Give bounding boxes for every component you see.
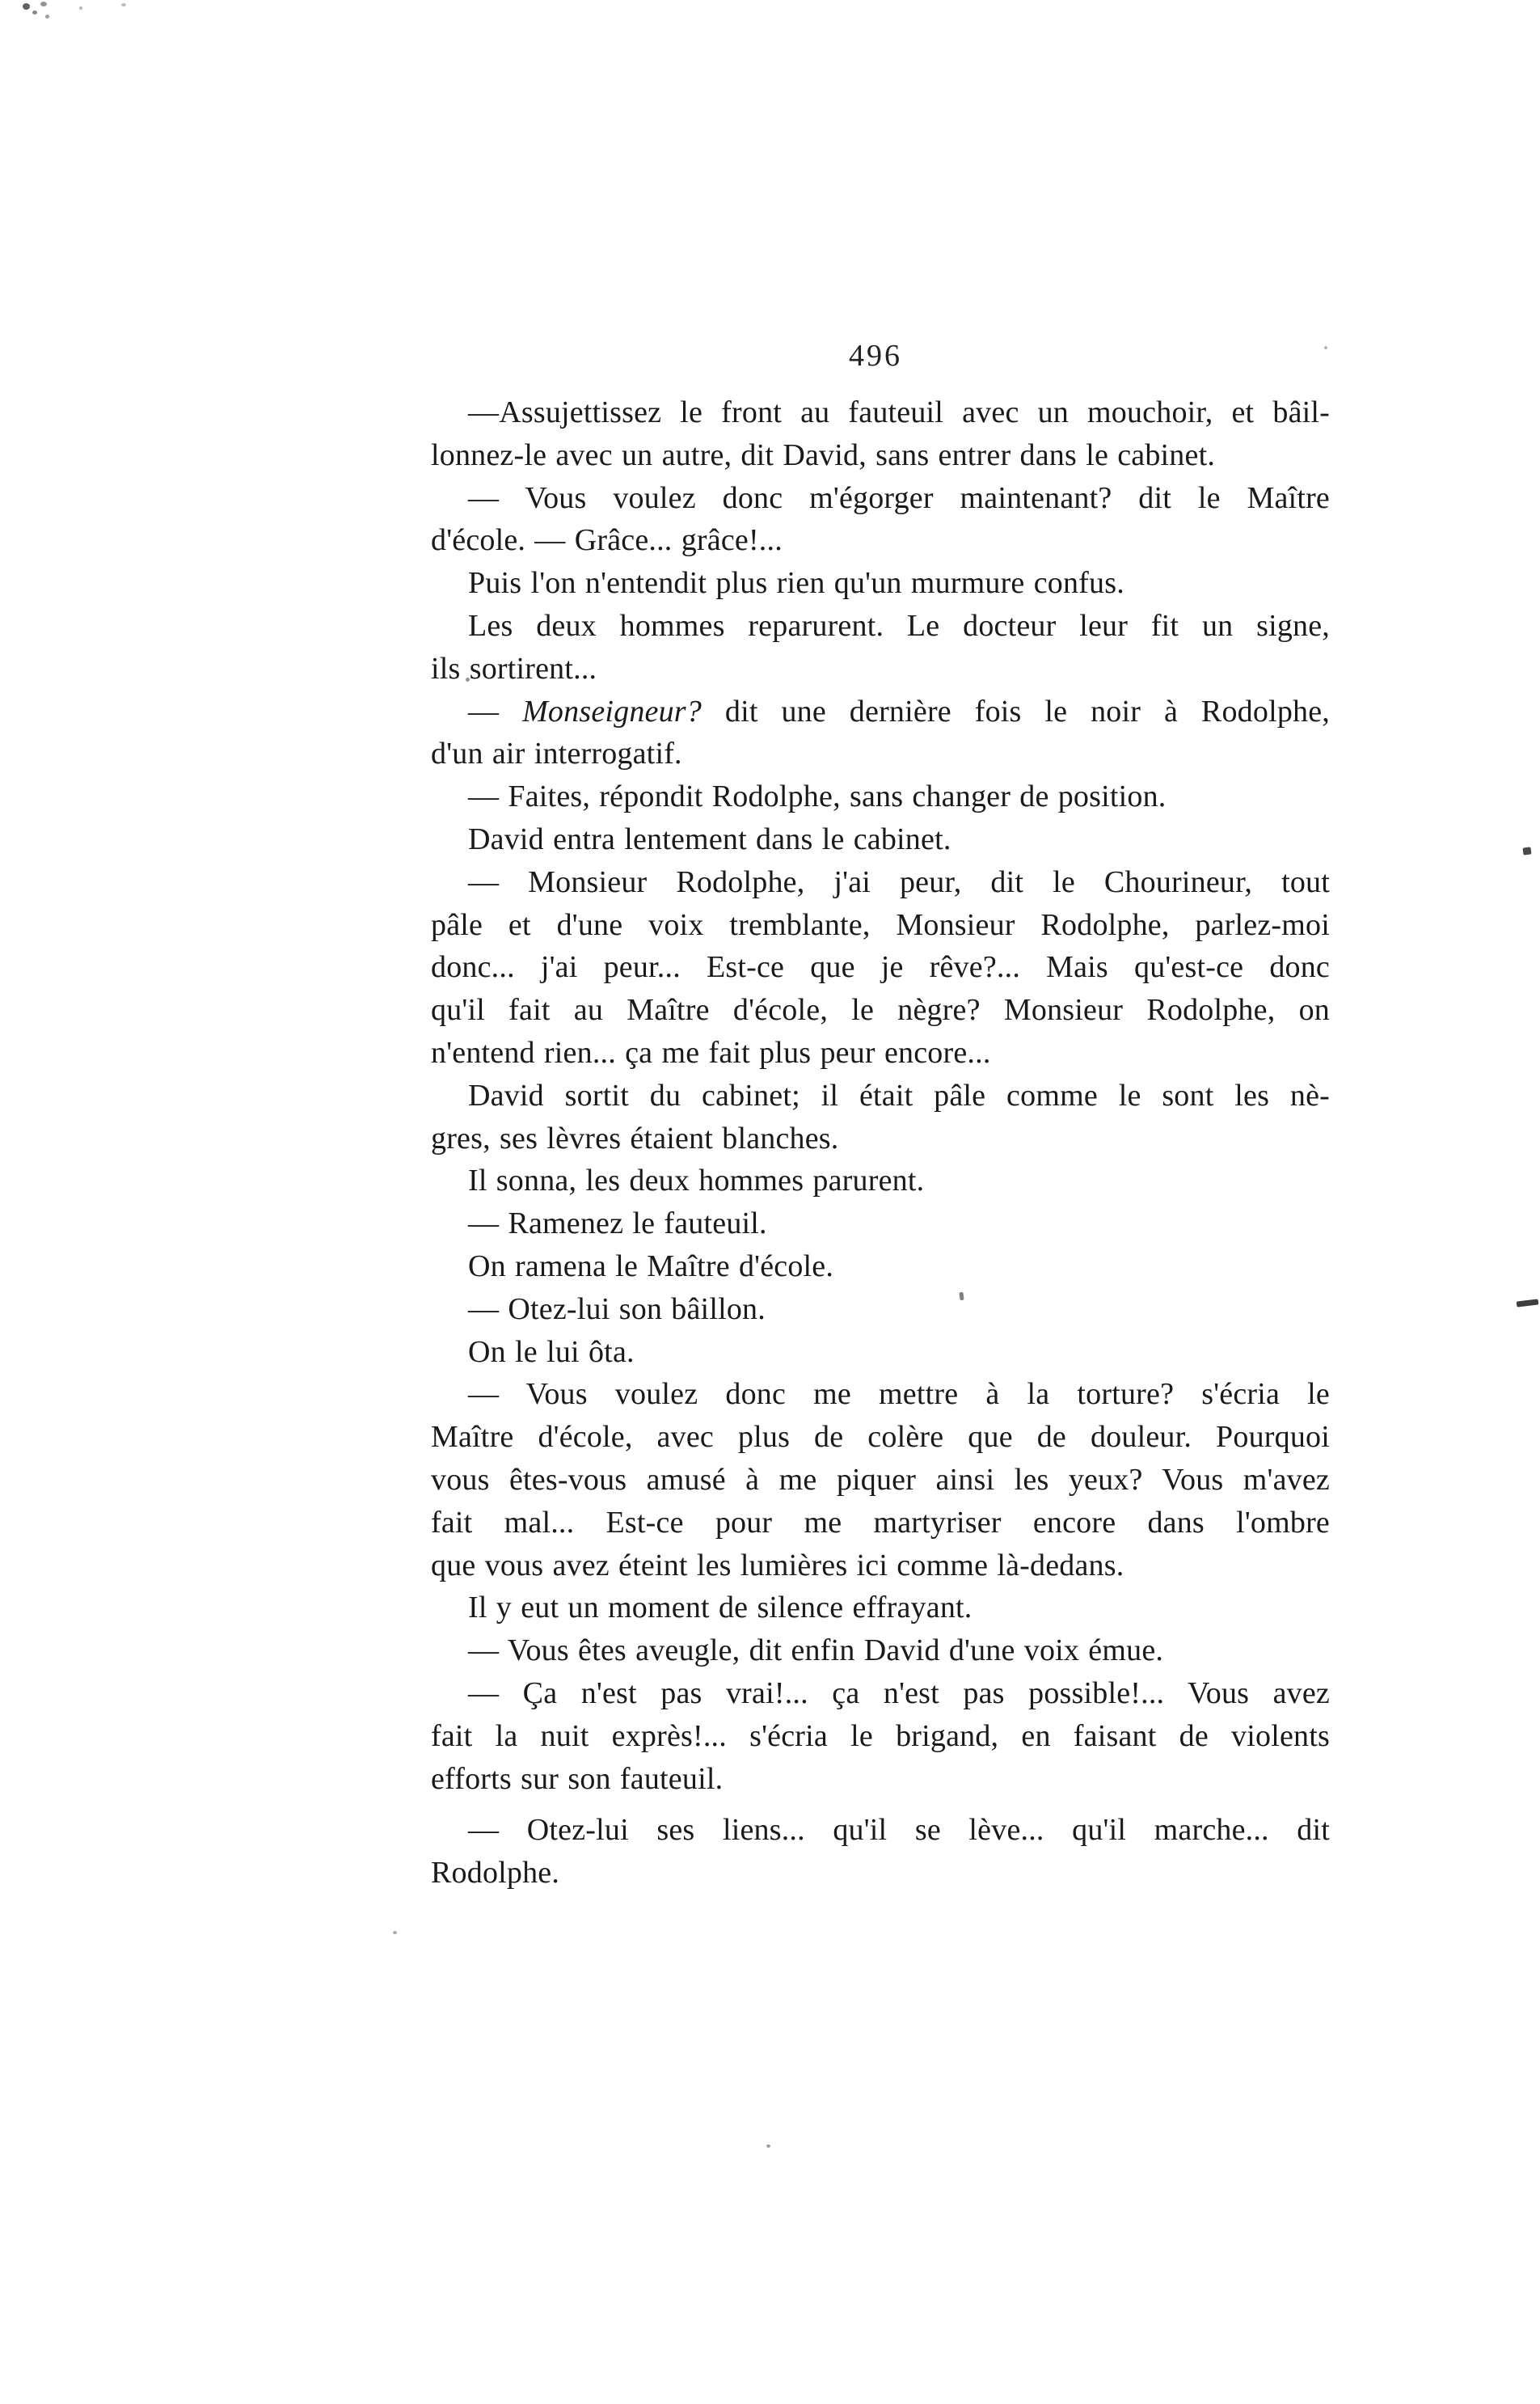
text-line: efforts sur son fauteuil.	[431, 1758, 1330, 1801]
scan-speck	[1522, 847, 1531, 855]
page-number: 496	[431, 338, 1320, 374]
text-line: —Assujettissez le front au fauteuil avec…	[431, 391, 1330, 434]
text-line: Les deux hommes reparurent. Le docteur l…	[431, 605, 1330, 648]
scan-speck	[45, 15, 49, 19]
text-line: — Ça n'est pas vrai!... ça n'est pas pos…	[431, 1672, 1330, 1715]
text-line: Puis l'on n'entendit plus rien qu'un mur…	[431, 562, 1330, 605]
text-line: On ramena le Maître d'école.	[431, 1245, 1330, 1288]
text-line: — Otez-lui ses liens... qu'il se lève...…	[431, 1809, 1330, 1852]
scan-speck	[79, 6, 82, 10]
text-line: fait la nuit exprès!... s'écria le briga…	[431, 1715, 1330, 1758]
scan-speck	[40, 2, 47, 6]
text-line: ils sortirent...	[431, 648, 1330, 691]
scan-speck	[32, 11, 37, 15]
text-line: qu'il fait au Maître d'école, le nègre? …	[431, 989, 1330, 1032]
text-line: — Vous êtes aveugle, dit enfin David d'u…	[431, 1629, 1330, 1672]
text-line: vous êtes-vous amusé à me piquer ainsi l…	[431, 1459, 1330, 1502]
text-line: d'école. — Grâce... grâce!...	[431, 519, 1330, 562]
text-line: — Monsieur Rodolphe, j'ai peur, dit le C…	[431, 861, 1330, 904]
text-line: donc... j'ai peur... Est-ce que je rêve?…	[431, 946, 1330, 989]
text-line: — Faites, répondit Rodolphe, sans change…	[431, 775, 1330, 818]
text-line: lonnez-le avec un autre, dit David, sans…	[431, 434, 1330, 477]
scan-speck	[393, 1931, 397, 1934]
text-line: n'entend rien... ça me fait plus peur en…	[431, 1032, 1330, 1075]
text-line: Il y eut un moment de silence effrayant.	[431, 1586, 1330, 1629]
text-line: d'un air interrogatif.	[431, 733, 1330, 775]
text-line: On le lui ôta.	[431, 1331, 1330, 1374]
scanned-book-page: 496 —Assujettissez le front au fauteuil …	[0, 0, 1540, 2404]
text-line: fait mal... Est-ce pour me martyriser en…	[431, 1502, 1330, 1544]
text-line: pâle et d'une voix tremblante, Monsieur …	[431, 904, 1330, 947]
text-line: David entra lentement dans le cabinet.	[431, 818, 1330, 861]
italic-word: Monseigneur?	[522, 695, 702, 729]
scan-speck	[959, 1292, 964, 1301]
text-line: que vous avez éteint les lumières ici co…	[431, 1544, 1330, 1587]
scan-speck	[766, 2144, 770, 2148]
text-line: Il sonna, les deux hommes parurent.	[431, 1160, 1330, 1202]
text-line: gres, ses lèvres étaient blanches.	[431, 1118, 1330, 1160]
scan-speck	[1517, 1299, 1539, 1307]
text-line: — Vous voulez donc m'égorger maintenant?…	[431, 477, 1330, 520]
text-block: —Assujettissez le front au fauteuil avec…	[431, 391, 1330, 1895]
text-line: Rodolphe.	[431, 1852, 1330, 1895]
text-line: — Monseigneur? dit une dernière fois le …	[431, 691, 1330, 733]
scan-speck	[1324, 346, 1327, 349]
text-line: — Otez-lui son bâillon.	[431, 1288, 1330, 1331]
text-line: Maître d'école, avec plus de colère que …	[431, 1416, 1330, 1459]
text-line: David sortit du cabinet; il était pâle c…	[431, 1075, 1330, 1118]
text-line: — Vous voulez donc me mettre à la tortur…	[431, 1373, 1330, 1416]
scan-speck	[121, 3, 126, 6]
scan-speck	[466, 678, 470, 682]
text-line: — Ramenez le fauteuil.	[431, 1202, 1330, 1245]
scan-speck	[23, 3, 30, 10]
